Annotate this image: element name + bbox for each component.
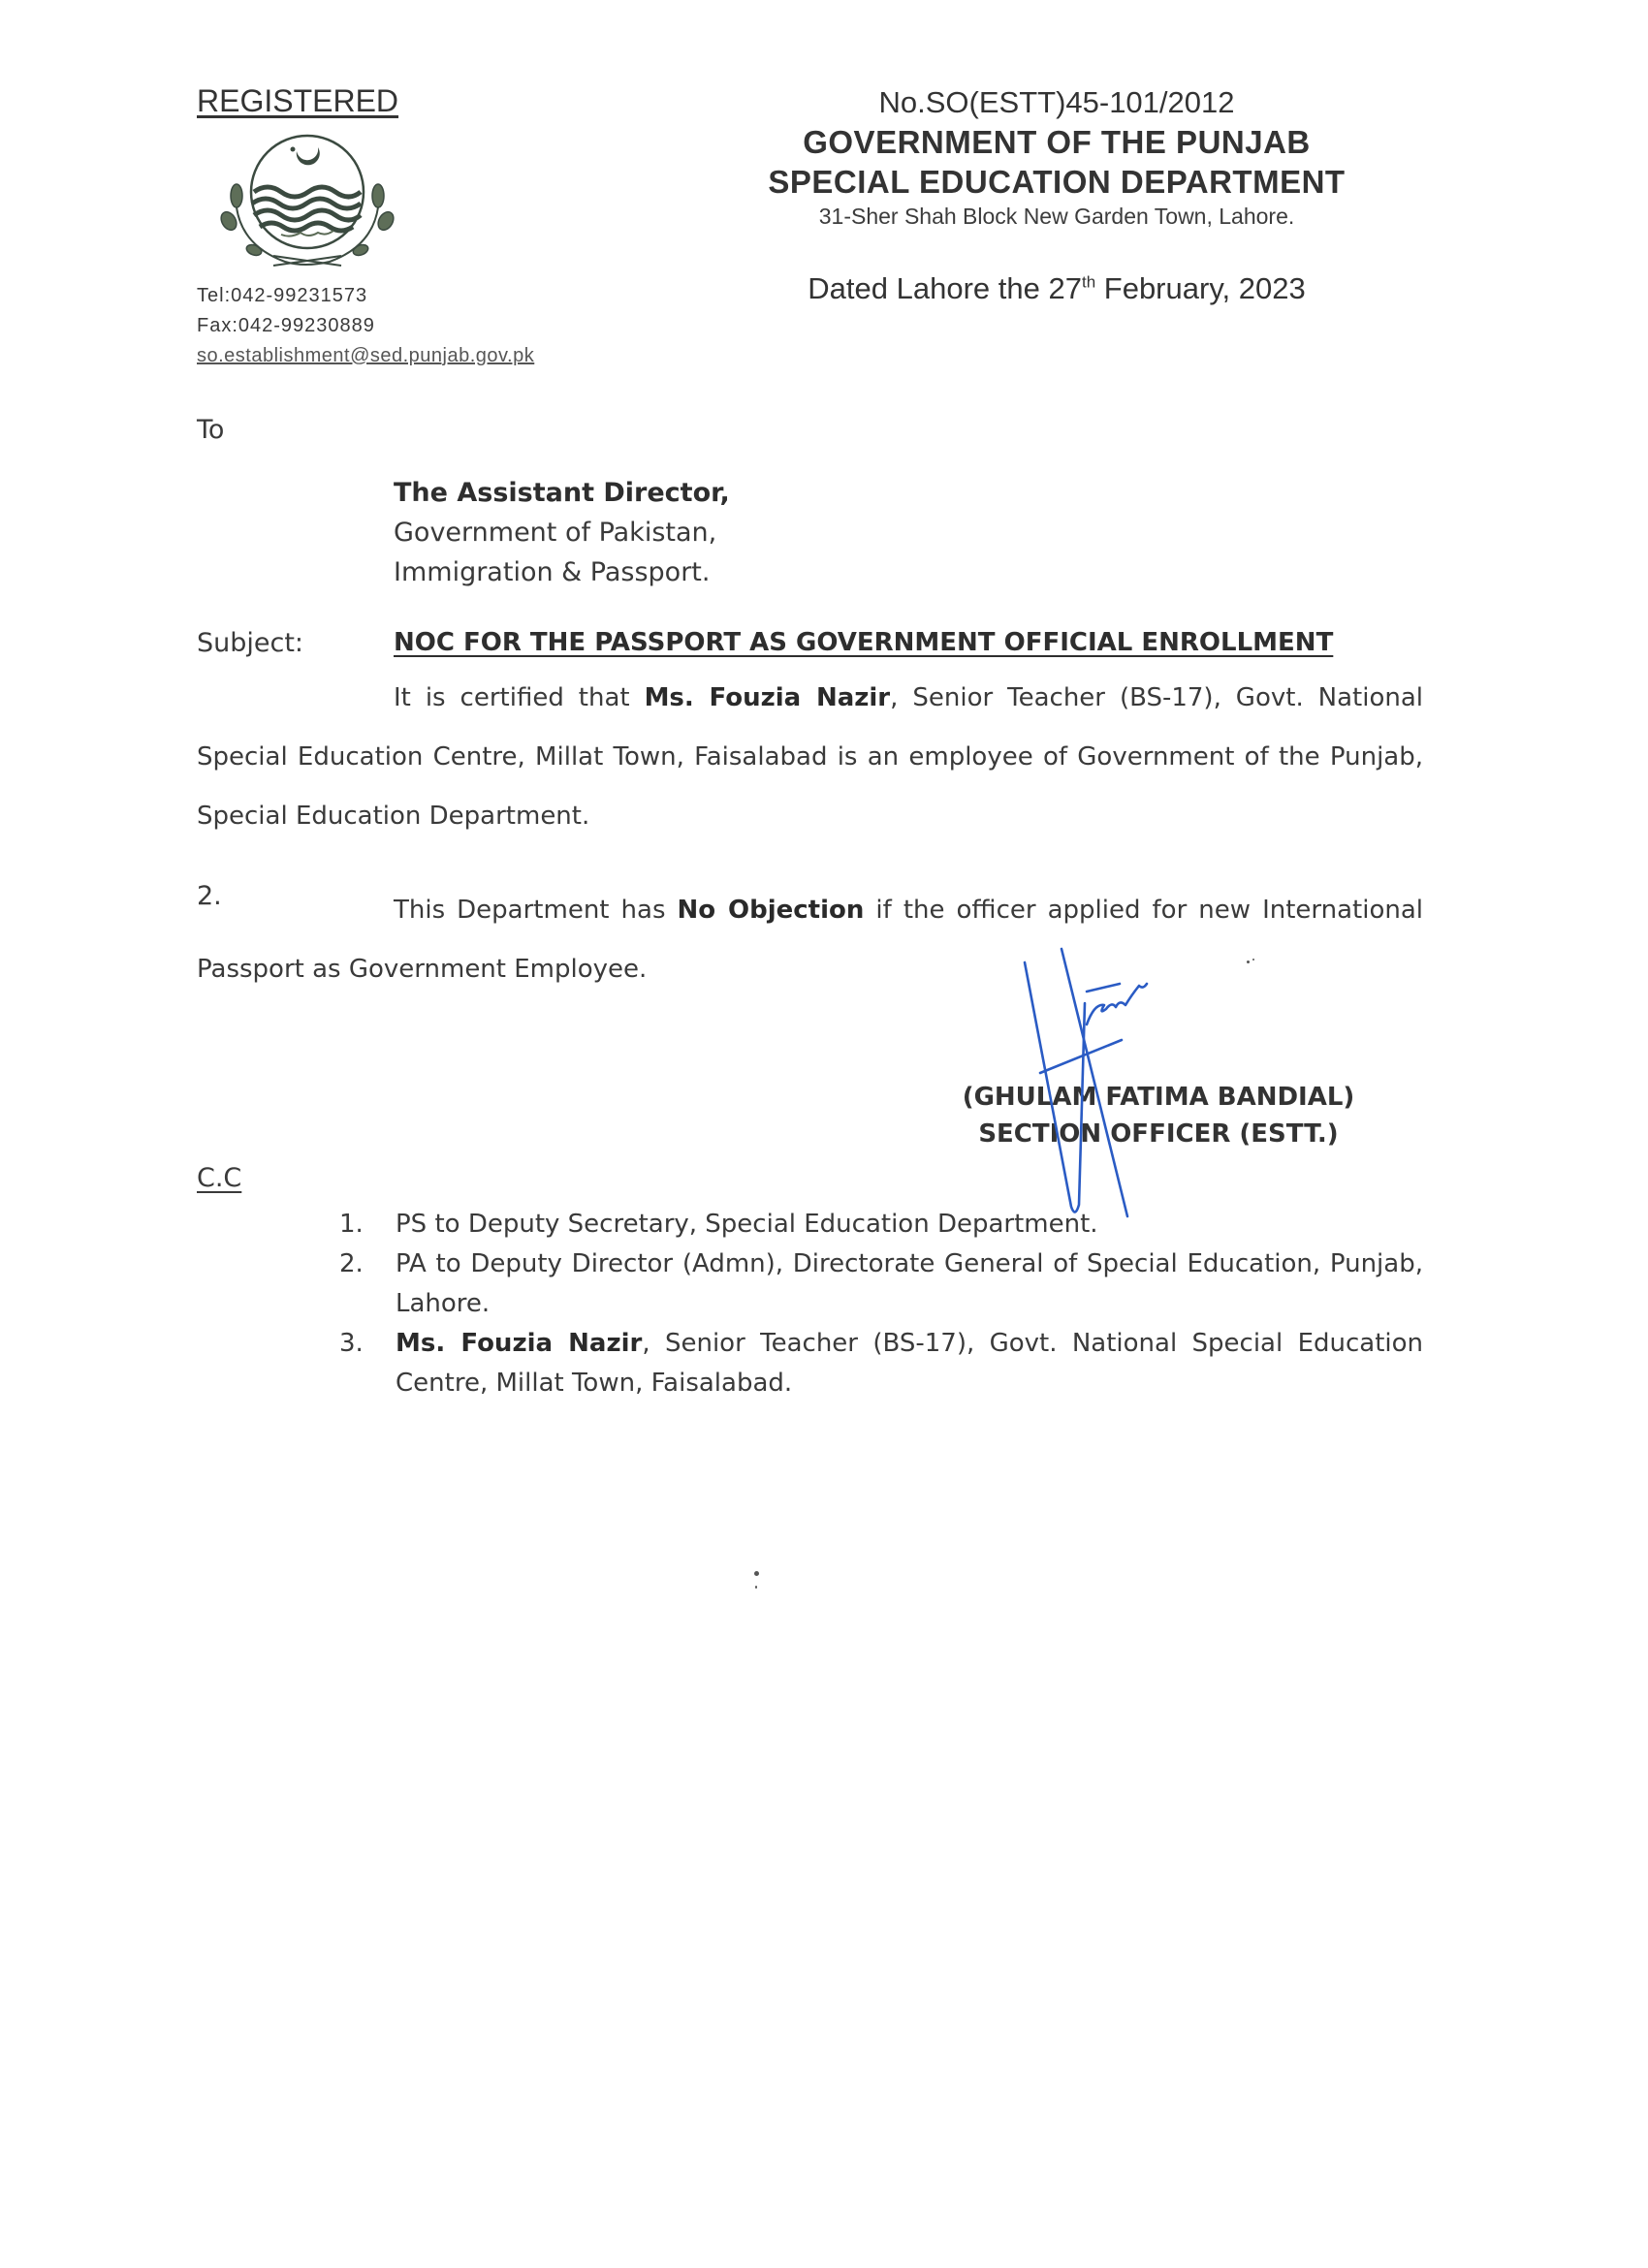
cc-list: 1.PS to Deputy Secretary, Special Educat…	[339, 1205, 1423, 1403]
cc-item-bold: Ms. Fouzia Nazir	[396, 1329, 642, 1358]
scan-speck	[754, 1571, 759, 1576]
department-title: SPECIAL EDUCATION DEPARTMENT	[737, 163, 1377, 202]
subject-text: NOC FOR THE PASSPORT AS GOVERNMENT OFFIC…	[394, 628, 1333, 657]
subject-label: Subject:	[197, 628, 303, 658]
cc-label: C.C	[197, 1163, 241, 1193]
to-label: To	[197, 415, 224, 445]
date-prefix: Dated Lahore the 27	[808, 271, 1082, 305]
cc-item-number: 2.	[339, 1244, 364, 1284]
cc-item-number: 1.	[339, 1205, 364, 1244]
para2-text-pre: This Department has	[394, 896, 678, 925]
cc-item: 1.PS to Deputy Secretary, Special Educat…	[339, 1205, 1423, 1244]
recipient-line-2: Government of Pakistan,	[394, 513, 730, 552]
letterhead: No.SO(ESTT)45-101/2012 GOVERNMENT OF THE…	[737, 83, 1377, 231]
telephone: Tel:042-99231573	[197, 281, 534, 311]
recipient-title: The Assistant Director,	[394, 473, 730, 513]
fax: Fax:042-99230889	[197, 311, 534, 341]
paragraph-1: It is certified that Ms. Fouzia Nazir, S…	[197, 669, 1423, 846]
para1-text-pre: It is certified that	[394, 683, 645, 712]
government-title: GOVERNMENT OF THE PUNJAB	[737, 122, 1377, 163]
punjab-emblem-icon	[215, 124, 399, 271]
registered-label: REGISTERED	[197, 83, 398, 119]
recipient-line-3: Immigration & Passport.	[394, 552, 730, 592]
scan-speck	[755, 1586, 757, 1589]
signature-icon	[1013, 945, 1207, 1226]
cc-item-number: 3.	[339, 1324, 364, 1364]
cc-item-text: PA to Deputy Director (Admn), Directorat…	[396, 1249, 1423, 1318]
employee-name: Ms. Fouzia Nazir	[645, 683, 891, 712]
cc-item: 3.Ms. Fouzia Nazir, Senior Teacher (BS-1…	[339, 1324, 1423, 1403]
recipient-block: The Assistant Director, Government of Pa…	[394, 473, 730, 592]
cc-item: 2.PA to Deputy Director (Admn), Director…	[339, 1244, 1423, 1324]
email-link[interactable]: so.establishment@sed.punjab.gov.pk	[197, 341, 534, 371]
paragraph-2: This Department has No Objection if the …	[197, 881, 1423, 999]
department-address: 31-Sher Shah Block New Garden Town, Laho…	[737, 202, 1377, 231]
reference-number: No.SO(ESTT)45-101/2012	[737, 83, 1377, 122]
scan-speck	[1247, 961, 1250, 963]
cc-item-text: PS to Deputy Secretary, Special Educatio…	[396, 1210, 1098, 1239]
scan-speck	[1252, 959, 1254, 961]
no-objection-phrase: No Objection	[678, 896, 865, 925]
contact-block: Tel:042-99231573 Fax:042-99230889 so.est…	[197, 281, 534, 371]
letter-date: Dated Lahore the 27th February, 2023	[737, 271, 1377, 306]
date-rest: February, 2023	[1095, 271, 1306, 305]
date-suffix: th	[1082, 273, 1095, 292]
